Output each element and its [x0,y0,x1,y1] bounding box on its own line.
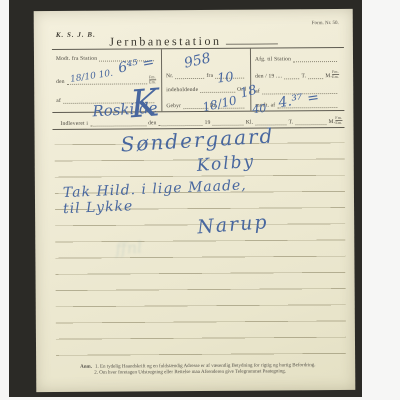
station-heading-blank-line [225,34,277,44]
sent-fm-em: Fm. Em. [332,70,339,79]
delivery-year-prefix: 19 [205,120,211,126]
received-box-label: Modt. fra Station [56,56,97,62]
table-divider-2 [250,49,251,111]
telegram-gebyr-label: Gebyr [166,103,181,109]
station-heading-text: Jernbanestation [109,34,221,49]
telegram-nr-row: Nr. fra [166,71,246,80]
telegram-indeholdende-label: indeholdende [166,87,198,93]
ink-bleedthrough-ghost: ffnl [115,237,143,258]
sent-box-label-row: Afg. til Station [255,54,339,63]
sent-den-row: den / 19 .... T. M. Fm. Em. [255,70,339,80]
telegram-fra-label: fra [207,73,214,79]
telegram-ord-row: indeholdende Ord [166,85,246,94]
handwritten-destination: Kolby [196,154,256,175]
footnote-item-2: 2. Om hver foretagen Udstregning eller R… [94,369,336,377]
received-den-label: den [56,79,65,85]
delivery-t-label: T. [289,119,294,125]
telegram-nr-label: Nr. [166,73,174,79]
sent-t-label: T. [301,73,306,79]
handwritten-fee: 18 [239,84,258,101]
telegram-form-paper: K. S. J. B. Form. Nr. 50. Jernbanestatio… [34,9,356,392]
form-number: Form. Nr. 50. [312,21,339,26]
handwritten-year: 40 [252,103,267,115]
sent-box-label: Afg. til Station [255,56,291,62]
delivery-fm-em: Fm. Em. [335,116,342,125]
received-af-label: af [56,98,61,104]
sent-den-line: den / 19 .... [255,73,282,79]
footnote-anm-label: Anm. [80,365,92,371]
handwritten-message-line-2: til Lykke [63,199,134,216]
table-divider-1 [161,49,162,111]
handwritten-signature: Narup [197,213,270,237]
scan-backdrop: K. S. J. B. Form. Nr. 50. Jernbanestatio… [9,0,362,397]
indleveret-label: Indleveret i [60,121,88,127]
footnote: Anm. 1. En tydelig Haandskrift og en ful… [80,363,336,377]
handwritten-place: Roskilde [92,101,158,120]
handwritten-word-count: 10 [216,71,234,86]
